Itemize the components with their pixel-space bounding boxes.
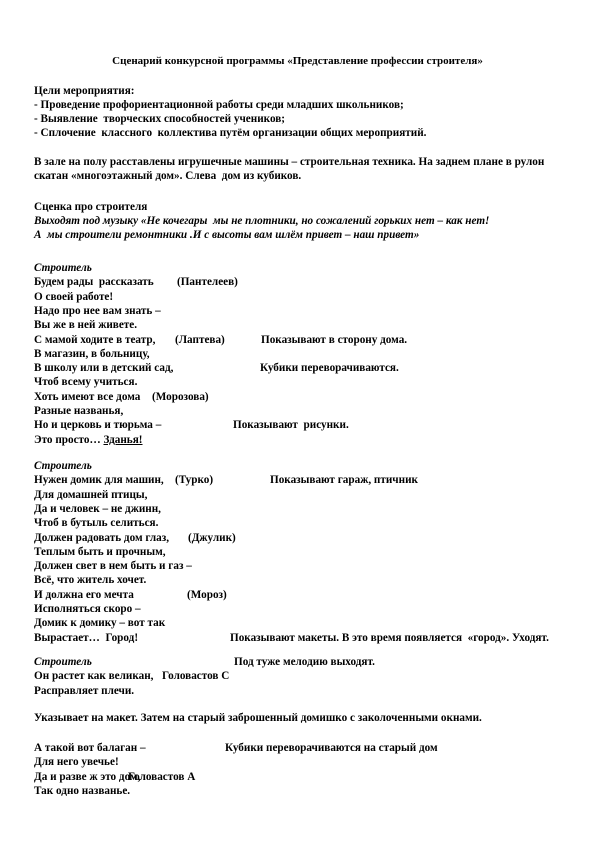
verse-line: Это просто… Зданья! <box>34 434 143 447</box>
verse-line: С мамой ходите в театр, <box>34 334 155 347</box>
verse-line: Разные названья, <box>34 405 123 418</box>
verse-line: Да и человек – не джинн, <box>34 503 161 516</box>
stage-action: Кубики переворачиваются. <box>260 362 399 375</box>
actor-name: (Мороз) <box>187 589 227 602</box>
music-direction: А мы строители ремонтники .И с высоты ва… <box>34 229 419 242</box>
verse-line: Нужен домик для машин, <box>34 474 164 487</box>
verse-line: О своей работе! <box>34 291 113 304</box>
actor-name: (Пантелеев) <box>177 276 238 289</box>
actor-name: (Джулик) <box>188 532 236 545</box>
actor-name: (Морозова) <box>152 391 209 404</box>
stage-action: Показывают гараж, птичник <box>270 474 418 487</box>
scene-heading: Сценка про строителя <box>34 201 147 214</box>
verse-line: Теплым быть и прочным, <box>34 546 166 559</box>
speaker-label: Строитель <box>34 656 92 669</box>
verse-line: Домик к домику – вот так <box>34 617 165 630</box>
actor-name: (Лаптева) <box>175 334 225 347</box>
goal-item: - Выявление творческих способностей учен… <box>34 113 285 126</box>
verse-line: Для домашней птицы, <box>34 489 147 502</box>
goal-item: - Сплочение классного коллектива путём о… <box>34 127 426 140</box>
verse-line: В магазин, в больницу, <box>34 348 150 361</box>
verse-line: В школу или в детский сад, <box>34 362 173 375</box>
music-direction: Выходят под музыку «Не кочегары мы не пл… <box>34 215 489 228</box>
stage-action: Под туже мелодию выходят. <box>234 656 375 669</box>
stage-action: Показывают рисунки. <box>233 419 349 432</box>
verse-line: Так одно названье. <box>34 785 130 798</box>
verse-line: Должен радовать дом глаз, <box>34 532 169 545</box>
verse-line: И должна его мечта <box>34 589 134 602</box>
verse-line: Но и церковь и тюрьма – <box>34 419 161 432</box>
verse-line: Будем рады рассказать <box>34 276 154 289</box>
verse-line: Надо про нее вам знать – <box>34 305 161 318</box>
stage-action: Показывают в сторону дома. <box>261 334 407 347</box>
verse-line: Чтоб всему учиться. <box>34 376 137 389</box>
speaker-label: Строитель <box>34 262 92 275</box>
actor-name: Головастов А <box>128 771 195 784</box>
underlined-word: Зданья! <box>103 434 142 446</box>
intro-line: скатан «многоэтажный дом». Слева дом из … <box>34 170 301 183</box>
stage-action: Показывают макеты. В это время появляетс… <box>230 632 549 645</box>
verse-line: Всё, что житель хочет. <box>34 574 146 587</box>
verse-line: Хоть имеют все дома <box>34 391 140 404</box>
stage-action: Кубики переворачиваются на старый дом <box>225 742 438 755</box>
verse-line: Чтоб в бутыль селиться. <box>34 517 158 530</box>
intro-line: В зале на полу расставлены игрушечные ма… <box>34 156 544 169</box>
verse-line: Исполняться скоро – <box>34 603 141 616</box>
verse-line: А такой вот балаган – <box>34 742 146 755</box>
verse-line: Для него увечье! <box>34 756 119 769</box>
speaker-label: Строитель <box>34 460 92 473</box>
verse-line: Вы же в ней живете. <box>34 319 137 332</box>
goal-item: - Проведение профориентационной работы с… <box>34 99 404 112</box>
verse-line: Да и разве ж это дом, <box>34 771 140 784</box>
goals-heading: Цели мероприятия: <box>34 85 134 98</box>
document-title: Сценарий конкурсной программы «Представл… <box>0 55 595 68</box>
stage-direction: Указывает на макет. Затем на старый забр… <box>34 712 482 725</box>
actor-name: (Турко) <box>175 474 213 487</box>
verse-line: Должен свет в нем быть и газ – <box>34 560 192 573</box>
verse-line: Вырастает… Город! <box>34 632 138 645</box>
verse-line: Расправляет плечи. <box>34 685 134 698</box>
actor-name: Головастов С <box>162 670 229 683</box>
verse-line: Он растет как великан, <box>34 670 153 683</box>
